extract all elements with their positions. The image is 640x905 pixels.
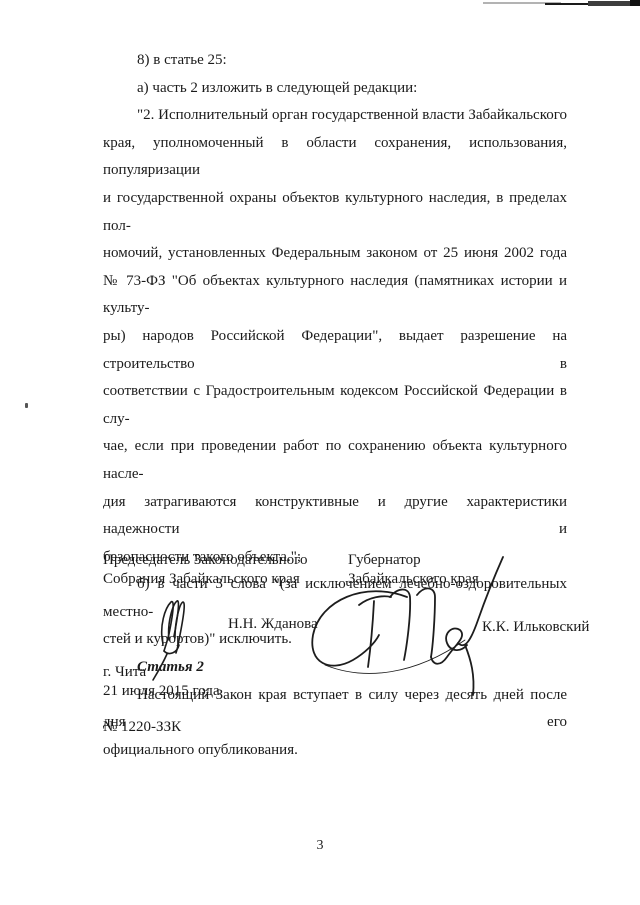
text-line: номочий, установленных Федеральным закон…	[103, 240, 567, 268]
signer-title-chairman: Председатель Законодательного Собрания З…	[103, 551, 307, 589]
signing-date: 21 июля 2015 года	[103, 682, 220, 701]
text-line: 8) в статье 25:	[103, 47, 567, 75]
text-line: края, уполномоченный в области сохранени…	[103, 130, 567, 185]
document-page: 8) в статье 25: а) часть 2 изложить в сл…	[0, 0, 640, 905]
scan-artifact-line	[630, 0, 640, 6]
signer-name-zhdanova: Н.Н. Жданова	[228, 616, 318, 633]
signer-title-line: Собрания Забайкальского края	[103, 570, 307, 589]
document-number: № 1220-ЗЗК	[103, 719, 181, 736]
signing-city: г. Чита	[103, 663, 220, 682]
text-line: № 73-ФЗ "Об объектах культурного наследи…	[103, 268, 567, 323]
signing-place-date: г. Чита 21 июля 2015 года	[103, 663, 220, 701]
signer-title-line: Председатель Законодательного	[103, 551, 307, 570]
text-line: дия затрагиваются конструктивные и други…	[103, 489, 567, 544]
signer-name-ilkovsky: К.К. Ильковский	[482, 619, 589, 636]
signature-ilkovsky	[295, 545, 510, 710]
text-line: официального опубликования.	[103, 737, 567, 765]
text-line: чае, если при проведении работ по сохран…	[103, 433, 567, 488]
text-line: соответствии с Градостроительным кодексо…	[103, 378, 567, 433]
text-line: ры) народов Российской Федерации", выдае…	[103, 323, 567, 378]
text-line: "2. Исполнительный орган государственной…	[103, 102, 567, 130]
page-number: 3	[0, 838, 640, 854]
scan-artifact-dot	[25, 403, 28, 408]
text-line: а) часть 2 изложить в следующей редакции…	[103, 75, 567, 103]
text-line: и государственной охраны объектов культу…	[103, 185, 567, 240]
